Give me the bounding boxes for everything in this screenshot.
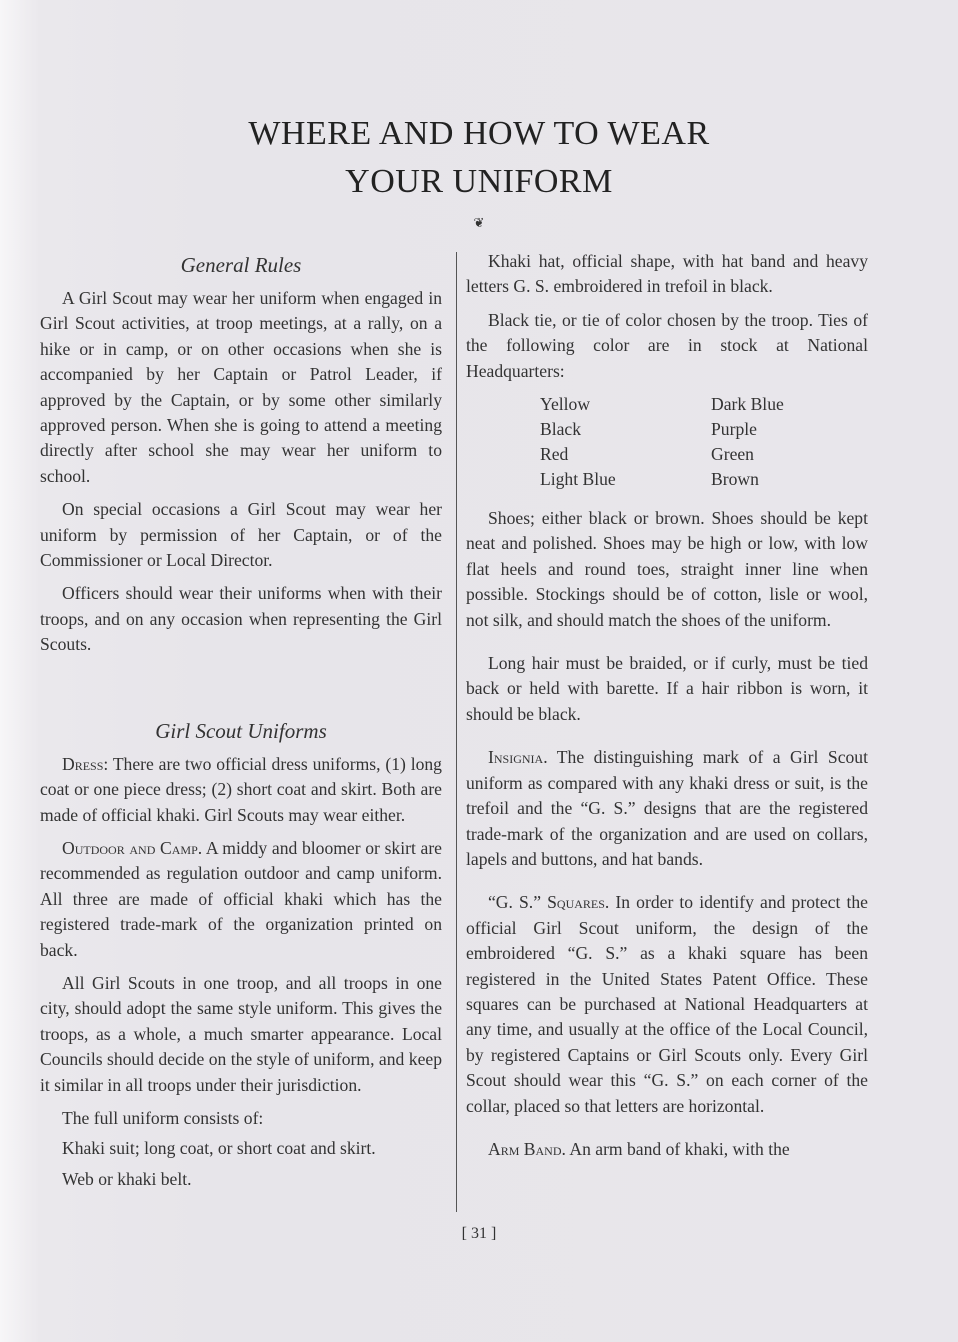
paragraph-arm-band: Arm Band. An arm band of khaki, with the	[466, 1137, 868, 1162]
paragraph-text: In order to identify and protect the off…	[466, 892, 868, 1115]
tie-color: Red	[540, 442, 711, 467]
paragraph-hat: Khaki hat, official shape, with hat band…	[466, 249, 868, 300]
tie-color: Yellow	[540, 392, 711, 417]
section-gap	[40, 666, 442, 716]
uniform-item: Khaki suit; long coat, or short coat and…	[40, 1136, 442, 1161]
tie-color: Black	[540, 417, 711, 442]
tie-color-list: Yellow Dark Blue Black Purple Red Green …	[540, 392, 868, 492]
right-column: Khaki hat, official shape, with hat band…	[466, 249, 868, 1170]
paragraph-insignia: Insignia. The distinguishing mark of a G…	[466, 745, 868, 872]
paragraph: On special occasions a Girl Scout may we…	[40, 497, 442, 573]
tie-color: Purple	[711, 417, 871, 442]
full-uniform-intro: The full uniform consists of:	[40, 1106, 442, 1131]
page-number: [ 31 ]	[0, 1225, 958, 1243]
paragraph: All Girl Scouts in one troop, and all tr…	[40, 971, 442, 1098]
paragraph-outdoor: Outdoor and Camp. A middy and bloomer or…	[40, 836, 442, 963]
run-in-label-gs-squares: “G. S.” Squares.	[488, 892, 609, 912]
paragraph-shoes: Shoes; either black or brown. Shoes shou…	[466, 506, 868, 633]
tie-color: Light Blue	[540, 467, 711, 492]
paragraph-tie: Black tie, or tie of color chosen by the…	[466, 308, 868, 384]
section-heading-girl-scout-uniforms: Girl Scout Uniforms	[40, 716, 442, 746]
title-line-1: WHERE AND HOW TO WEAR	[0, 110, 958, 158]
tie-color: Dark Blue	[711, 392, 871, 417]
paragraph-hair: Long hair must be braided, or if curly, …	[466, 651, 868, 727]
section-heading-general-rules: General Rules	[40, 250, 442, 280]
column-divider	[456, 252, 457, 1212]
paragraph-gs-squares: “G. S.” Squares. In order to identify an…	[466, 890, 868, 1119]
run-in-label-outdoor: Outdoor and Camp.	[62, 838, 202, 858]
run-in-label-dress: Dress:	[62, 754, 108, 774]
tie-color: Green	[711, 442, 871, 467]
book-page: WHERE AND HOW TO WEAR YOUR UNIFORM ❦ Gen…	[0, 0, 958, 1342]
tie-color: Brown	[711, 467, 871, 492]
uniform-item: Web or khaki belt.	[40, 1167, 442, 1192]
run-in-label-insignia: Insignia.	[488, 747, 548, 767]
fleuron-ornament-icon: ❦	[0, 216, 958, 231]
paragraph-dress: Dress: There are two official dress unif…	[40, 752, 442, 828]
run-in-label-arm-band: Arm Band.	[488, 1139, 566, 1159]
paragraph: A Girl Scout may wear her uniform when e…	[40, 286, 442, 489]
paragraph: Officers should wear their uniforms when…	[40, 581, 442, 657]
title-line-2: YOUR UNIFORM	[0, 158, 958, 206]
page-title: WHERE AND HOW TO WEAR YOUR UNIFORM	[0, 110, 958, 206]
left-column: General Rules A Girl Scout may wear her …	[40, 250, 442, 1197]
paragraph-text: An arm band of khaki, with the	[569, 1139, 789, 1159]
